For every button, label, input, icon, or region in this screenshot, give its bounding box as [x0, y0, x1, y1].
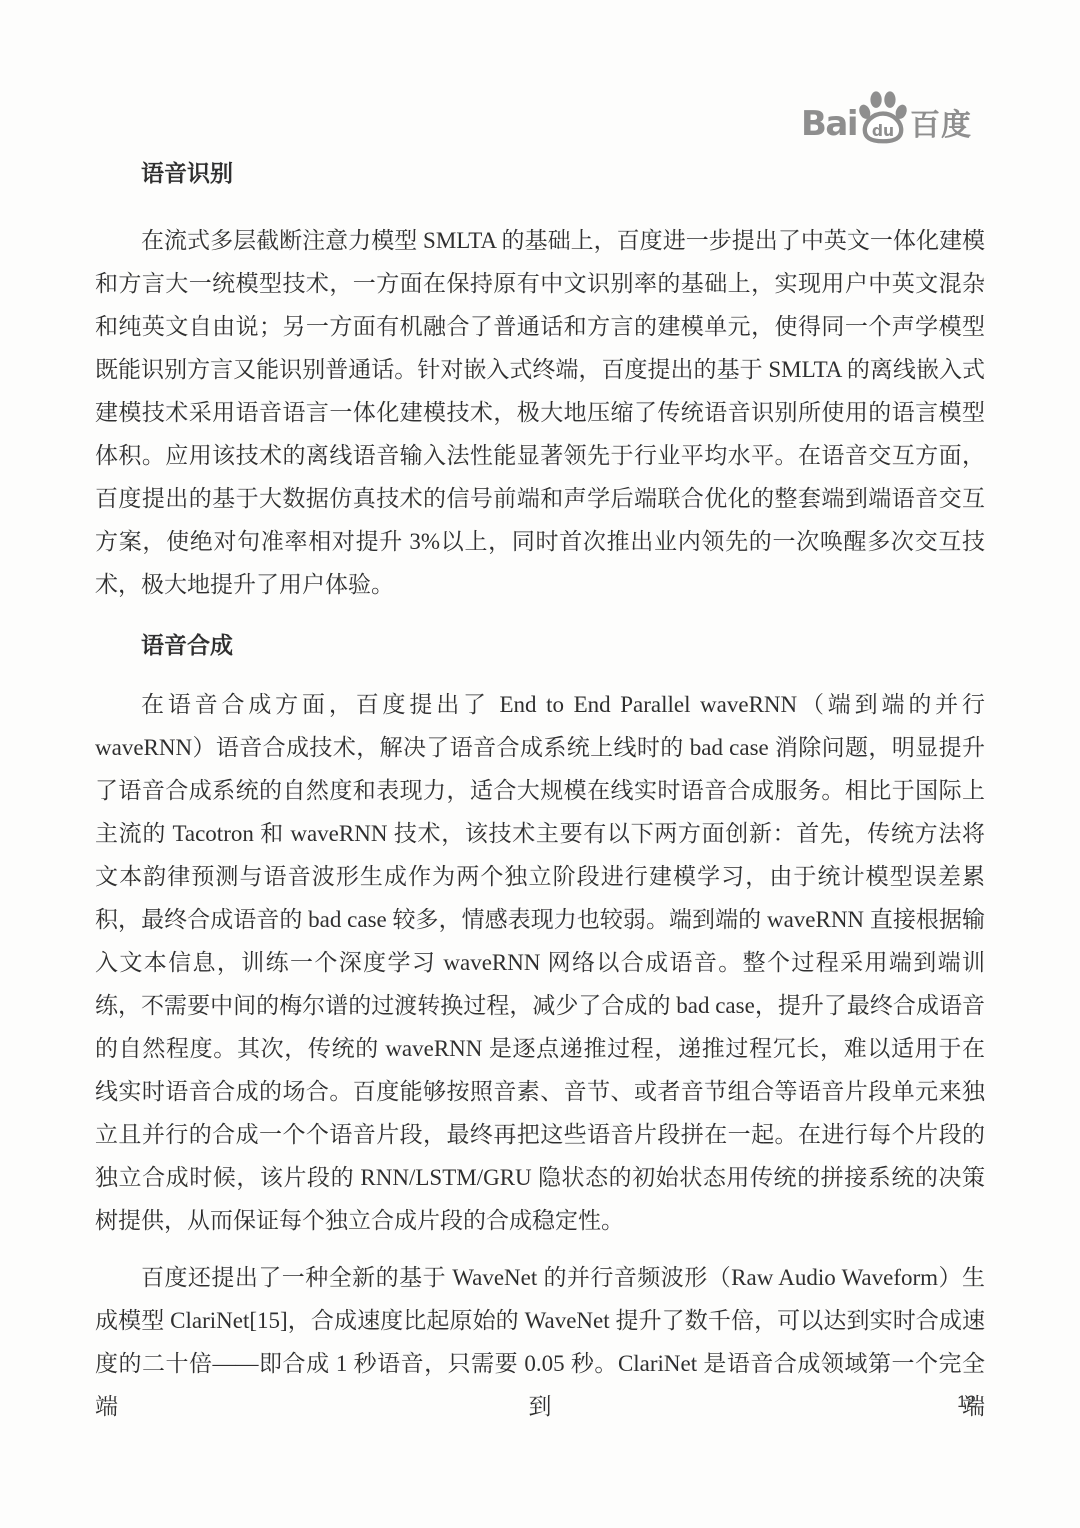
heading-speech-recognition: 语音识别: [95, 152, 985, 195]
paragraph-speech-recognition: 在流式多层截断注意力模型 SMLTA 的基础上，百度进一步提出了中英文一体化建模…: [95, 219, 985, 606]
paragraph-speech-synthesis-2: 百度还提出了一种全新的基于 WaveNet 的并行音频波形（Raw Audio …: [95, 1256, 985, 1428]
page-number: 12: [957, 1392, 976, 1412]
heading-speech-synthesis: 语音合成: [95, 624, 985, 667]
document-content: 语音识别 在流式多层截断注意力模型 SMLTA 的基础上，百度进一步提出了中英文…: [95, 0, 985, 1428]
document-page: Bai du 百度 语音识别 在流式多层截断注意力模型 SMLTA 的基础上，百…: [0, 0, 1080, 1528]
paragraph-speech-synthesis-1: 在语音合成方面，百度提出了 End to End Parallel waveRN…: [95, 683, 985, 1242]
